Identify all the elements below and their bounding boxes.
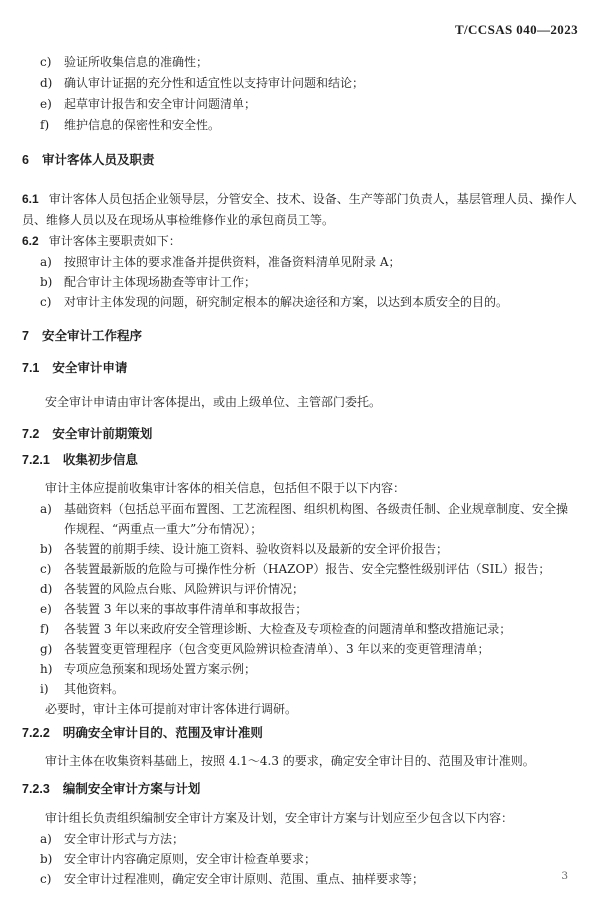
list-item: b) 配合审计主体现场勘查等审计工作； — [40, 272, 578, 292]
list-item-text: 各装置最新版的危险与可操作性分析（HAZOP）报告、安全完整性级别评估（SIL）… — [64, 559, 578, 579]
list-item: d) 各装置的风险点台账、风险辨识与评价情况； — [40, 579, 578, 599]
list-item: d) 确认审计证据的充分性和适宜性以支持审计问题和结论； — [40, 73, 578, 94]
clause-6-2-paragraph: 6.2审计客体主要职责如下： — [22, 231, 578, 252]
list-item-marker: i) — [40, 679, 64, 699]
clause-7-2-1-note: 必要时，审计主体可提前对审计客体进行调研。 — [22, 699, 578, 720]
list-item-text: 验证所收集信息的准确性； — [64, 52, 578, 73]
list-item-text: 确认审计证据的充分性和适宜性以支持审计问题和结论； — [64, 73, 578, 94]
clause-7-2-1-heading: 7.2.1 收集初步信息 — [22, 452, 578, 469]
list-item-text: 安全审计内容确定原则，安全审计检查单要求； — [64, 849, 578, 869]
standard-code-header: T/CCSAS 040—2023 — [22, 22, 578, 38]
list-item-text: 各装置变更管理程序（包含变更风险辨识检查清单）、3 年以来的变更管理清单； — [64, 639, 578, 659]
clause-7-1-heading: 7.1 安全审计申请 — [22, 360, 578, 377]
clause-number: 6 — [22, 152, 29, 169]
list-item: c) 对审计主体发现的问题，研究制定根本的解决途径和方案，以达到本质安全的目的。 — [40, 292, 578, 312]
list-item: e) 起草审计报告和安全审计问题清单； — [40, 94, 578, 115]
list-item-marker: c) — [40, 52, 64, 73]
paragraph-text: 审计客体主要职责如下： — [49, 234, 181, 248]
clause-title: 明确安全审计目的、范围及审计准则 — [63, 725, 263, 742]
list-item-marker: b) — [40, 849, 64, 869]
list-item-marker: a) — [40, 499, 64, 539]
clause-7-2-heading: 7.2 安全审计前期策划 — [22, 426, 578, 443]
list-item-marker: e) — [40, 94, 64, 115]
clause-number: 7.2.3 — [22, 781, 50, 798]
clause-title: 编制安全审计方案与计划 — [63, 781, 201, 798]
clause-title: 收集初步信息 — [63, 452, 138, 469]
clause-6-heading: 6 审计客体人员及职责 — [22, 152, 578, 169]
clause-number: 7.1 — [22, 360, 39, 377]
audit-plan-contents-list: a) 安全审计形式与方法； b) 安全审计内容确定原则，安全审计检查单要求； c… — [22, 829, 578, 889]
list-item-text: 各装置的风险点台账、风险辨识与评价情况； — [64, 579, 578, 599]
list-item-marker: e) — [40, 599, 64, 619]
clause-7-2-2-paragraph: 审计主体在收集资料基础上，按照 4.1～4.3 的要求，确定安全审计目的、范围及… — [22, 751, 578, 772]
list-item: a) 安全审计形式与方法； — [40, 829, 578, 849]
list-item-marker: c) — [40, 292, 64, 312]
clause-7-1-paragraph: 安全审计申请由审计客体提出，或由上级单位、主管部门委托。 — [22, 392, 578, 413]
list-item-marker: f) — [40, 115, 64, 136]
list-item-marker: c) — [40, 559, 64, 579]
list-item-text: 安全审计过程准则，确定安全审计原则、范围、重点、抽样要求等； — [64, 869, 578, 889]
list-item-text: 各装置 3 年以来的事故事件清单和事故报告； — [64, 599, 578, 619]
clause-title: 安全审计申请 — [52, 360, 127, 377]
list-item-text: 专项应急预案和现场处置方案示例； — [64, 659, 578, 679]
list-item: e) 各装置 3 年以来的事故事件清单和事故报告； — [40, 599, 578, 619]
list-item: c) 各装置最新版的危险与可操作性分析（HAZOP）报告、安全完整性级别评估（S… — [40, 559, 578, 579]
list-item-marker: d) — [40, 579, 64, 599]
list-item-text: 安全审计形式与方法； — [64, 829, 578, 849]
list-item: b) 安全审计内容确定原则，安全审计检查单要求； — [40, 849, 578, 869]
list-item-marker: a) — [40, 829, 64, 849]
page-number: 3 — [561, 870, 568, 882]
clause-number: 7 — [22, 328, 29, 345]
list-item: a) 基础资料（包括总平面布置图、工艺流程图、组织机构图、各级责任制、企业规章制… — [40, 499, 578, 539]
clause-title: 安全审计工作程序 — [42, 328, 142, 345]
list-item-text: 各装置 3 年以来政府安全管理诊断、大检查及专项检查的问题清单和整改措施记录； — [64, 619, 578, 639]
list-item: f) 各装置 3 年以来政府安全管理诊断、大检查及专项检查的问题清单和整改措施记… — [40, 619, 578, 639]
list-item: b) 各装置的前期手续、设计施工资料、验收资料以及最新的安全评价报告； — [40, 539, 578, 559]
preliminary-information-list: a) 基础资料（包括总平面布置图、工艺流程图、组织机构图、各级责任制、企业规章制… — [22, 499, 578, 699]
clause-title: 审计客体人员及职责 — [42, 152, 155, 169]
list-item-marker: c) — [40, 869, 64, 889]
list-item: c) 验证所收集信息的准确性； — [40, 52, 578, 73]
list-item: i) 其他资料。 — [40, 679, 578, 699]
list-item-text: 对审计主体发现的问题，研究制定根本的解决途径和方案，以达到本质安全的目的。 — [64, 292, 578, 312]
list-item: h) 专项应急预案和现场处置方案示例； — [40, 659, 578, 679]
list-item: f) 维护信息的保密性和安全性。 — [40, 115, 578, 136]
clause-number: 7.2 — [22, 426, 39, 443]
list-item-text: 维护信息的保密性和安全性。 — [64, 115, 578, 136]
list-item-text: 各装置的前期手续、设计施工资料、验收资料以及最新的安全评价报告； — [64, 539, 578, 559]
list-item: a) 按照审计主体的要求准备并提供资料，准备资料清单见附录 A； — [40, 252, 578, 272]
clause-6-1-paragraph: 6.1审计客体人员包括企业领导层，分管安全、技术、设备、生产等部门负责人，基层管… — [22, 189, 578, 231]
list-item-text: 基础资料（包括总平面布置图、工艺流程图、组织机构图、各级责任制、企业规章制度、安… — [64, 499, 578, 539]
paragraph-text: 审计客体人员包括企业领导层，分管安全、技术、设备、生产等部门负责人，基层管理人员… — [22, 192, 577, 227]
list-item-marker: g) — [40, 639, 64, 659]
list-item-marker: a) — [40, 252, 64, 272]
list-item-marker: h) — [40, 659, 64, 679]
list-item-marker: d) — [40, 73, 64, 94]
list-item: c) 安全审计过程准则，确定安全审计原则、范围、重点、抽样要求等； — [40, 869, 578, 889]
clause-7-2-1-intro: 审计主体应提前收集审计客体的相关信息，包括但不限于以下内容： — [22, 478, 578, 499]
list-item-text: 按照审计主体的要求准备并提供资料，准备资料清单见附录 A； — [64, 252, 578, 272]
list-item-text: 配合审计主体现场勘查等审计工作； — [64, 272, 578, 292]
clause-number: 7.2.2 — [22, 725, 50, 742]
clause-title: 安全审计前期策划 — [52, 426, 152, 443]
clause-7-heading: 7 安全审计工作程序 — [22, 328, 578, 345]
clause-7-2-3-intro: 审计组长负责组织编制安全审计方案及计划，安全审计方案与计划应至少包含以下内容： — [22, 808, 578, 829]
clause-7-2-2-heading: 7.2.2 明确安全审计目的、范围及审计准则 — [22, 725, 578, 742]
audit-object-duties-list: a) 按照审计主体的要求准备并提供资料，准备资料清单见附录 A； b) 配合审计… — [22, 252, 578, 312]
list-item: g) 各装置变更管理程序（包含变更风险辨识检查清单）、3 年以来的变更管理清单； — [40, 639, 578, 659]
clause-number: 7.2.1 — [22, 452, 50, 469]
list-item-text: 起草审计报告和安全审计问题清单； — [64, 94, 578, 115]
document-page: T/CCSAS 040—2023 c) 验证所收集信息的准确性； d) 确认审计… — [0, 0, 600, 898]
list-item-marker: b) — [40, 539, 64, 559]
list-item-marker: b) — [40, 272, 64, 292]
clause-number: 6.1 — [22, 192, 39, 206]
audit-team-duties-list: c) 验证所收集信息的准确性； d) 确认审计证据的充分性和适宜性以支持审计问题… — [22, 52, 578, 136]
list-item-text: 其他资料。 — [64, 679, 578, 699]
list-item-marker: f) — [40, 619, 64, 639]
clause-7-2-3-heading: 7.2.3 编制安全审计方案与计划 — [22, 781, 578, 798]
clause-number: 6.2 — [22, 234, 39, 248]
